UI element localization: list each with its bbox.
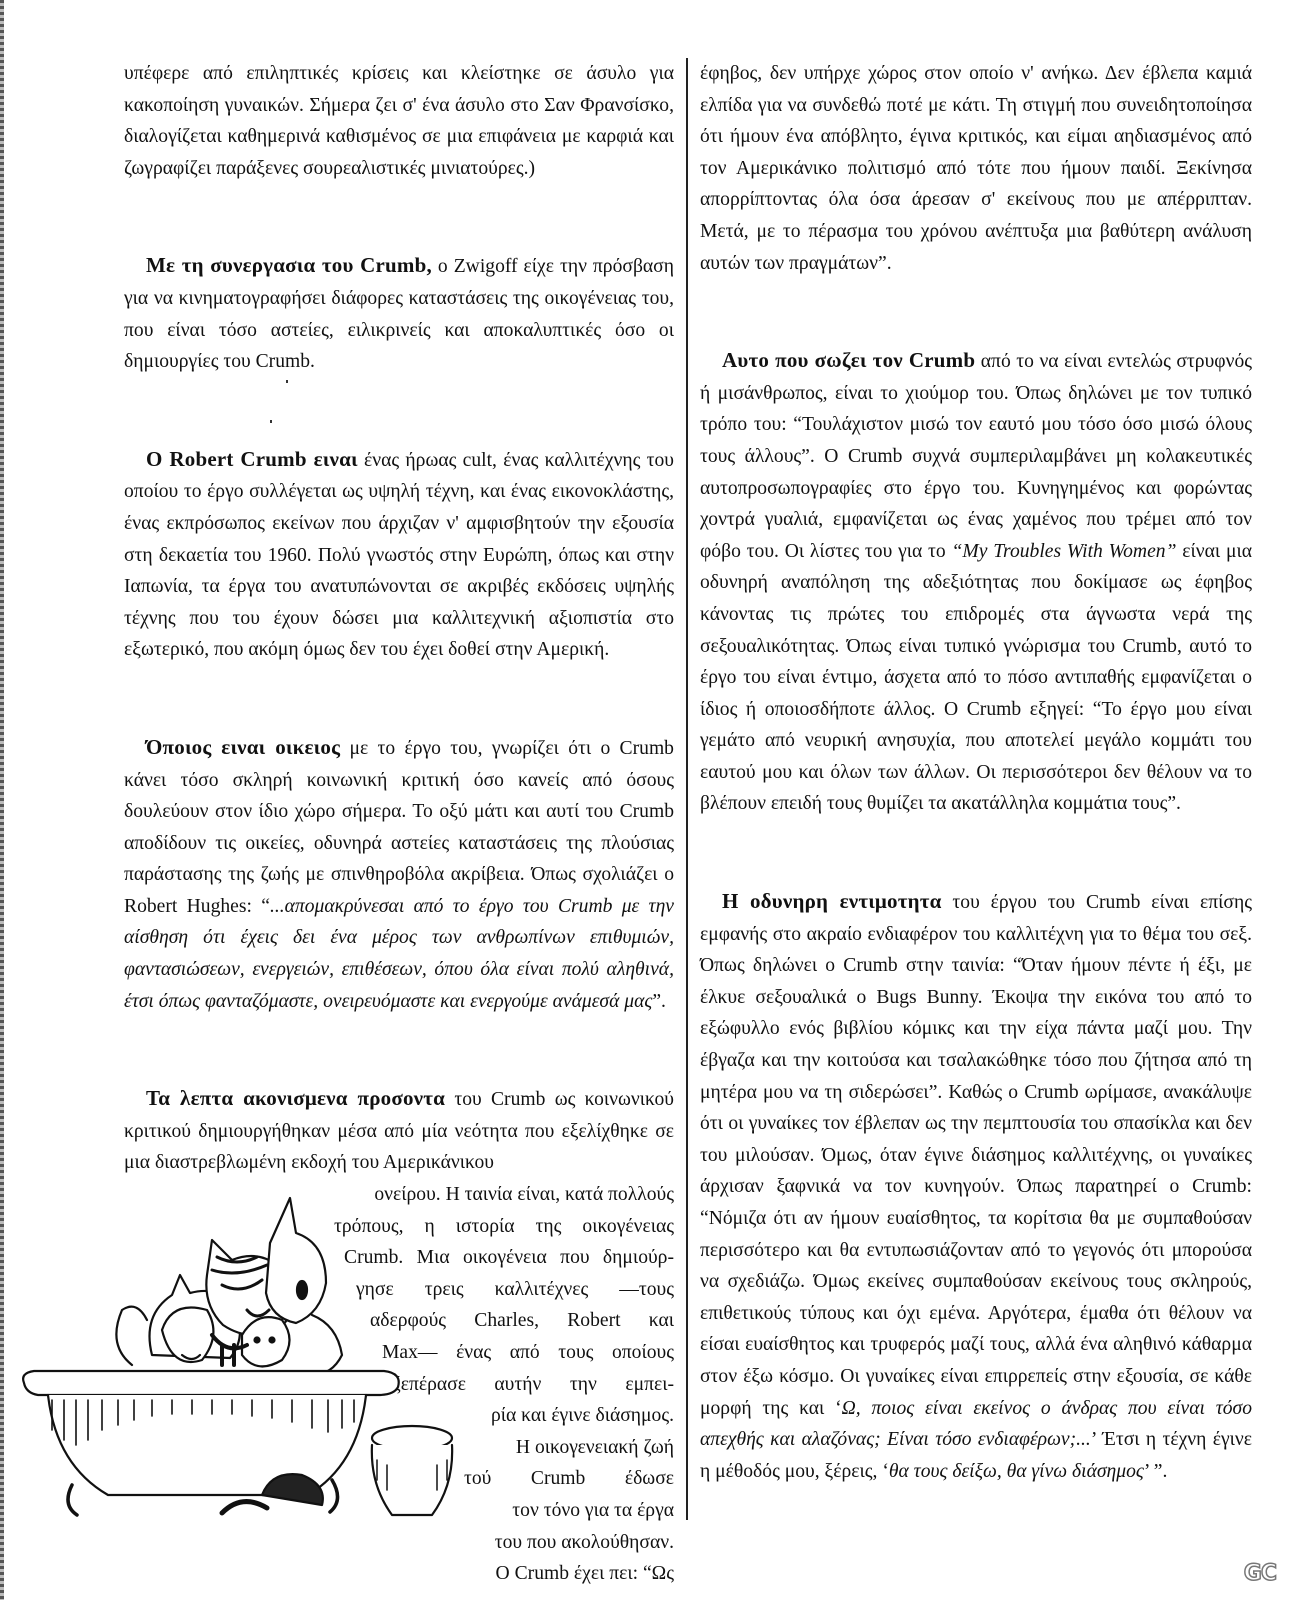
paragraph-lead-in: Η οδυνηρη εντιμοτητα xyxy=(722,889,942,913)
paragraph-collaboration: Με τη συνεργασια του Crumb, ο Zwigoff εί… xyxy=(124,250,674,377)
crumb-family-bathtub-illustration xyxy=(12,1195,472,1525)
scan-speck xyxy=(286,380,288,383)
work-title: “My Troubles With Women” xyxy=(952,541,1177,562)
paragraph-social-critic: Όποιος ειναι οικειος με το έργο του, γνω… xyxy=(124,732,674,1017)
paragraph-quote-continued: έφηβος, δεν υπήρχε χώρος στον οποίο ν' α… xyxy=(700,58,1252,279)
paragraph-lead-in: Ο Robert Crumb ειναι xyxy=(146,447,358,471)
watermark-logo: GC xyxy=(1244,1561,1276,1586)
paragraph-lead-in: Αυτο που σωζει τον Crumb xyxy=(722,348,975,372)
paragraph-honesty: Η οδυνηρη εντιμοτητα του έργου του Crumb… xyxy=(700,886,1252,1487)
paragraph-continued: υπέφερε από επιληπτικές κρίσεις και κλεί… xyxy=(124,58,674,184)
paragraph-humor: Αυτο που σωζει τον Crumb από το να είναι… xyxy=(700,345,1252,820)
paragraph-lead-in: Με τη συνεργασια του Crumb, xyxy=(146,253,432,277)
scan-speck xyxy=(270,420,272,423)
paragraph-cult-hero: Ο Robert Crumb ειναι ένας ήρωας cult, έν… xyxy=(124,444,674,666)
right-column: έφηβος, δεν υπήρχε χώρος στον οποίο ν' α… xyxy=(700,58,1252,1553)
paragraph-lead-in: Τα λεπτα ακονισμενα προσοντα xyxy=(146,1086,445,1110)
column-divider xyxy=(686,58,688,1520)
scanned-page-edge xyxy=(0,0,4,1600)
paragraph-lead-in: Όποιος ειναι οικειος xyxy=(146,735,340,759)
